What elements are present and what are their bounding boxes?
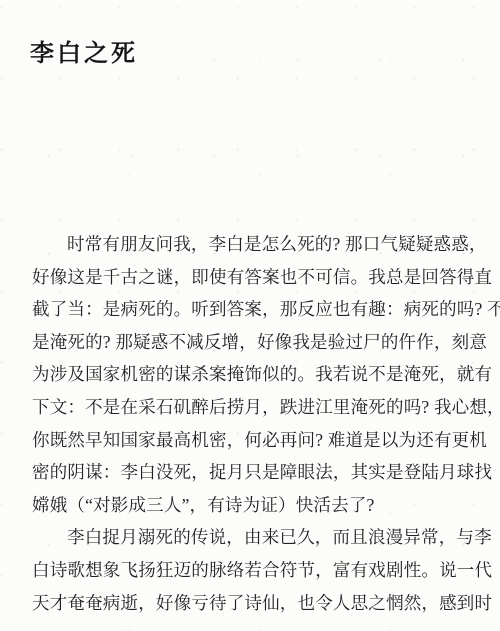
text-line: 天才奄奄病逝，好像亏待了诗仙，也令人思之惘然，感到时 — [32, 587, 474, 620]
chapter-title: 李白之死 — [30, 33, 138, 68]
text-line: 时常有朋友问我，李白是怎么死的? 那口气疑疑惑惑， — [32, 228, 474, 261]
text-line: 为涉及国家机密的谋杀案掩饰似的。我若说不是淹死，就有 — [32, 358, 474, 391]
book-page: 李白之死 时常有朋友问我，李白是怎么死的? 那口气疑疑惑惑，好像这是千古之谜，即… — [0, 0, 500, 631]
text-line: 白诗歌想象飞扬狂迈的脉络若合符节，富有戏剧性。说一代 — [32, 554, 474, 587]
body-text: 时常有朋友问我，李白是怎么死的? 那口气疑疑惑惑，好像这是千古之谜，即使有答案也… — [32, 228, 474, 619]
text-line: 你既然早知国家最高机密，何必再问? 难道是以为还有更机 — [32, 424, 474, 457]
text-line: 嫦娥（“对影成三人”，有诗为证）快活去了? — [32, 489, 474, 522]
text-line: 好像这是千古之谜，即使有答案也不可信。我总是回答得直 — [32, 261, 474, 294]
text-line: 李白捉月溺死的传说，由来已久，而且浪漫异常，与李 — [32, 521, 474, 554]
text-line: 是淹死的? 那疑惑不减反增，好像我是验过尸的仵作，刻意 — [32, 326, 474, 359]
text-line: 截了当：是病死的。听到答案，那反应也有趣：病死的吗? 不 — [32, 293, 474, 326]
text-line: 下文：不是在采石矶醉后捞月，跌进江里淹死的吗? 我心想， — [32, 391, 474, 424]
text-line: 密的阴谋：李白没死，捉月只是障眼法，其实是登陆月球找 — [32, 456, 474, 489]
